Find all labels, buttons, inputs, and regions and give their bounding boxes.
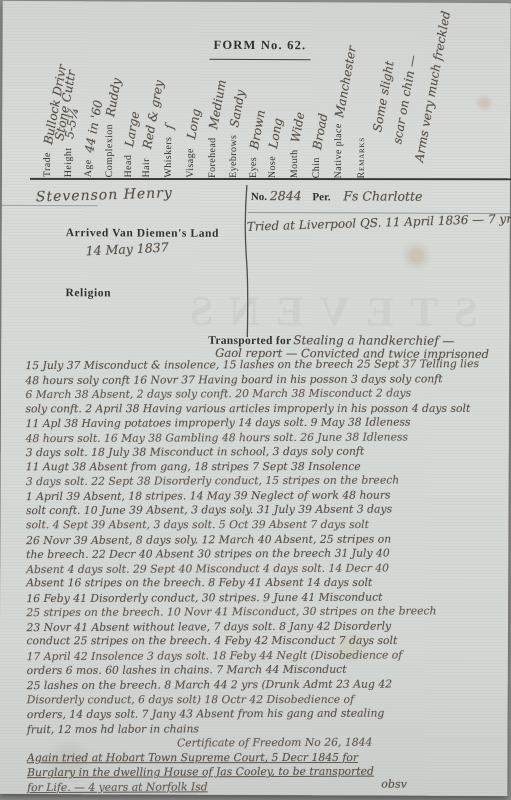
record-line: for Life. — 4 years at Norfolk Isd xyxy=(27,779,509,796)
column-label-eyes: Eyes xyxy=(248,157,259,178)
column-label-chin: Chin xyxy=(311,157,322,178)
column-value-nose: Long xyxy=(266,117,285,150)
trial-details: Tried at Liverpool QS. 11 April 1836 — 7… xyxy=(247,211,511,233)
record-line: 11 Augt 38 Absent from gang, 18 stripes … xyxy=(26,460,508,475)
column-label-height: Height xyxy=(63,148,74,178)
column-label-native-place: Native place xyxy=(333,123,344,178)
record-line: soly conft. 2 April 38 Having various ar… xyxy=(25,401,507,416)
record-line: 6 March 38 Absent, 2 days soly conft. 20… xyxy=(25,386,507,403)
column-value-forehead: Medium xyxy=(206,79,229,131)
form-number-heading: FORM No. 62. xyxy=(209,38,310,60)
column-value-whiskers: ſ xyxy=(162,123,177,130)
record-line: 15 July 37 Misconduct & insolence, 15 la… xyxy=(25,357,507,374)
record-line: 25 lashes on the breech. 8 March 44 2 yr… xyxy=(27,677,509,694)
description-table: TradeBullock DrivrStone CuttrHeight5-5¼A… xyxy=(3,1,511,3)
table-bottom-rule xyxy=(30,178,511,181)
column-value-age: 44 in '60 xyxy=(82,99,105,154)
column-label-visage: Visage xyxy=(185,148,196,178)
record-line: 25 stripes on the breech. 10 Novr 41 Mis… xyxy=(26,604,508,621)
column-value-eyebrows: Sandy xyxy=(227,89,247,128)
column-value-chin: Broad xyxy=(310,112,330,151)
arrival-date: 14 May 1837 xyxy=(85,239,169,258)
column-value-visage: Long xyxy=(184,108,203,141)
column-label-hair: Hair xyxy=(141,158,152,177)
record-line: Absent 4 days solt. 29 Sept 40 Misconduc… xyxy=(26,561,508,578)
record-line: conduct 25 stripes on the breech. 4 Feby… xyxy=(27,634,509,649)
document-paper: FORM No. 62. TradeBullock DrivrStone Cut… xyxy=(0,1,511,796)
column-label-whiskers: Whiskers xyxy=(163,137,174,178)
prisoner-name: Stevenson Henry xyxy=(36,185,173,205)
column-label-mouth: Mouth xyxy=(289,149,300,178)
record-line: Disorderly conduct, 6 days solt) 18 Octr… xyxy=(27,692,509,707)
convict-number: 2844 xyxy=(270,188,302,203)
column-value-remarks-2: Arms very much freckled xyxy=(412,10,453,163)
column-value-native-place: Manchester xyxy=(332,45,359,119)
record-line: Absent 16 stripes on the breech. 8 Feby … xyxy=(26,576,508,591)
column-label-age: Age xyxy=(83,159,94,177)
column-value-head: Large xyxy=(122,110,142,148)
column-label-trade: Trade xyxy=(42,152,53,177)
column-value-mouth: Wide xyxy=(288,111,307,144)
per-label: Per. xyxy=(312,191,330,203)
column-label-complexion: Complexion xyxy=(104,124,115,178)
record-line: solt. 4 Sept 39 Absent, 3 days solt. 5 O… xyxy=(26,518,508,533)
convict-number-row: No. 2844 Per. Fs Charlotte xyxy=(251,188,423,204)
arrived-label: Arrived Van Diemen's Land xyxy=(66,227,219,240)
column-label-nose: Nose xyxy=(267,156,278,178)
conduct-record: 15 July 37 Misconduct & insolence, 15 la… xyxy=(25,357,509,796)
record-line: Certificate of Freedom No 26, 1844 xyxy=(27,735,509,752)
name-underline xyxy=(2,205,98,206)
column-label-head: Head xyxy=(123,155,134,178)
record-line: 48 hours soly conft 16 Novr 37 Having bo… xyxy=(25,372,507,389)
margin-annotation: obsv xyxy=(381,778,407,791)
column-label-remarks: Remarks xyxy=(356,137,367,179)
column-label-forehead: Forehead xyxy=(207,137,218,177)
record-line: solt conft. 10 June 39 Absent, 3 days so… xyxy=(26,502,508,519)
number-label: No. xyxy=(251,191,267,203)
record-line: Again tried at Hobart Town Supreme Court… xyxy=(27,751,509,766)
column-value-complexion: Ruddy xyxy=(103,77,124,118)
ship-name: Fs Charlotte xyxy=(343,188,422,203)
column-value-eyes: Brown xyxy=(247,109,268,151)
bleedthrough-watermark: STEVENS xyxy=(47,287,477,337)
record-line: 3 days solt. 18 July 38 Misconduct in sc… xyxy=(26,444,508,461)
column-label-eyebrows: Eyebrows xyxy=(228,135,239,178)
